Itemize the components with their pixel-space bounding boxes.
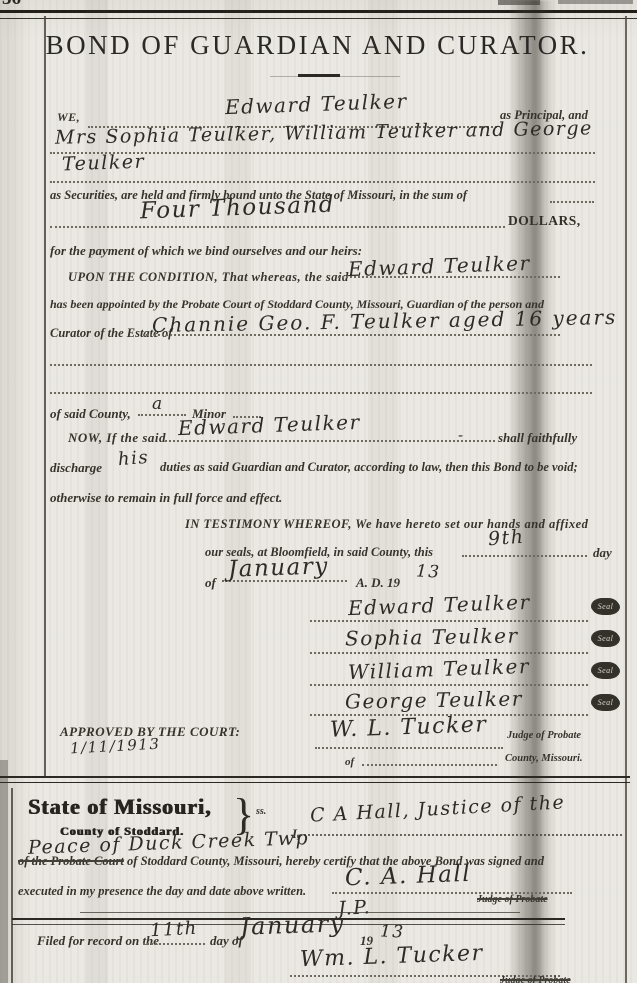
filed-lead: Filed for record on the bbox=[37, 933, 159, 949]
judge-of-probate-label: Judge of Probate bbox=[507, 730, 581, 741]
of-blank-line bbox=[362, 752, 497, 766]
seal-icon: Seal bbox=[592, 662, 619, 679]
ad-label: A. D. 19 bbox=[356, 575, 400, 591]
top-rule bbox=[0, 10, 637, 19]
seal-icon: Seal bbox=[592, 630, 619, 647]
clerk-title-label: Judge of Probate bbox=[500, 975, 571, 983]
of-label: of bbox=[205, 575, 216, 591]
title-dash-faint bbox=[270, 76, 400, 77]
seal-label: Seal bbox=[598, 666, 614, 675]
ss-label: ss. bbox=[256, 806, 266, 817]
executed-clause: executed in my presence the day and date… bbox=[18, 884, 306, 899]
minor-entry: a bbox=[152, 394, 164, 414]
seal-label: Seal bbox=[598, 602, 614, 611]
signature-entry: Sophia Teulker bbox=[345, 623, 519, 650]
filed-year-entry: 13 bbox=[379, 921, 405, 942]
top-edge-smudge bbox=[558, 0, 633, 4]
testimony-line-1: IN TESTIMONY WHEREOF, We have hereto set… bbox=[185, 517, 588, 532]
blank-line bbox=[50, 380, 592, 394]
county-lead: of said County, bbox=[50, 406, 131, 422]
month-entry: January bbox=[228, 553, 330, 583]
state-heading: State of Missouri, bbox=[28, 794, 212, 820]
securities-names-entry-2: Teulker bbox=[62, 151, 146, 176]
sum-trailing-line bbox=[550, 190, 594, 203]
duties-clause: duties as said Guardian and Curator, acc… bbox=[160, 460, 578, 475]
county-missouri-label: County, Missouri. bbox=[505, 753, 583, 764]
discharge-label: discharge bbox=[50, 460, 102, 476]
day-entry: 9th bbox=[487, 526, 525, 550]
otherwise-clause: otherwise to remain in full force and ef… bbox=[50, 490, 282, 506]
left-border-line bbox=[44, 16, 46, 778]
left-edge-smudge bbox=[0, 760, 8, 983]
blank-line bbox=[50, 352, 592, 366]
seal-icon: Seal bbox=[592, 694, 619, 711]
filed-month-entry: January bbox=[240, 909, 346, 941]
condition-lead: UPON THE CONDITION, That whereas, the sa… bbox=[68, 270, 349, 285]
pronoun-entry: his bbox=[117, 447, 149, 470]
signature-entry: George Teulker bbox=[345, 686, 523, 713]
seal-icon: Seal bbox=[592, 598, 619, 615]
lower-left-border-line bbox=[11, 788, 13, 983]
certify-clause-text: of Stoddard County, Missouri, hereby cer… bbox=[127, 854, 544, 868]
right-border-line bbox=[625, 16, 627, 983]
document-page: 36 BOND OF GUARDIAN AND CURATOR. WE, Edw… bbox=[0, 0, 637, 983]
day-of-label: day of bbox=[210, 933, 243, 949]
filed-day-entry: 11th bbox=[149, 918, 198, 941]
page-title: BOND OF GUARDIAN AND CURATOR. bbox=[45, 30, 590, 61]
seal-label: Seal bbox=[598, 634, 614, 643]
payment-clause: for the payment of which we bind ourselv… bbox=[50, 243, 362, 259]
year-entry: 13 bbox=[415, 561, 441, 582]
struck-text: of the Probate Court bbox=[18, 854, 124, 868]
officer-signature-entry: C. A. Hall bbox=[345, 861, 472, 891]
we-label: WE, bbox=[57, 110, 80, 125]
section-divider-rule bbox=[0, 776, 630, 783]
now-lead: NOW, If the said bbox=[68, 430, 166, 446]
of-label-2: of bbox=[345, 756, 354, 768]
corner-page-number: 36 bbox=[2, 0, 21, 10]
seal-label: Seal bbox=[598, 698, 614, 707]
dash-mark: - bbox=[458, 426, 465, 444]
top-edge-smudge bbox=[498, 0, 540, 5]
dollars-label: DOLLARS, bbox=[508, 213, 581, 229]
faithfully-label: shall faithfully bbox=[498, 430, 577, 446]
approved-date-entry: 1/11/1913 bbox=[70, 735, 161, 758]
day-label: day bbox=[593, 545, 612, 561]
